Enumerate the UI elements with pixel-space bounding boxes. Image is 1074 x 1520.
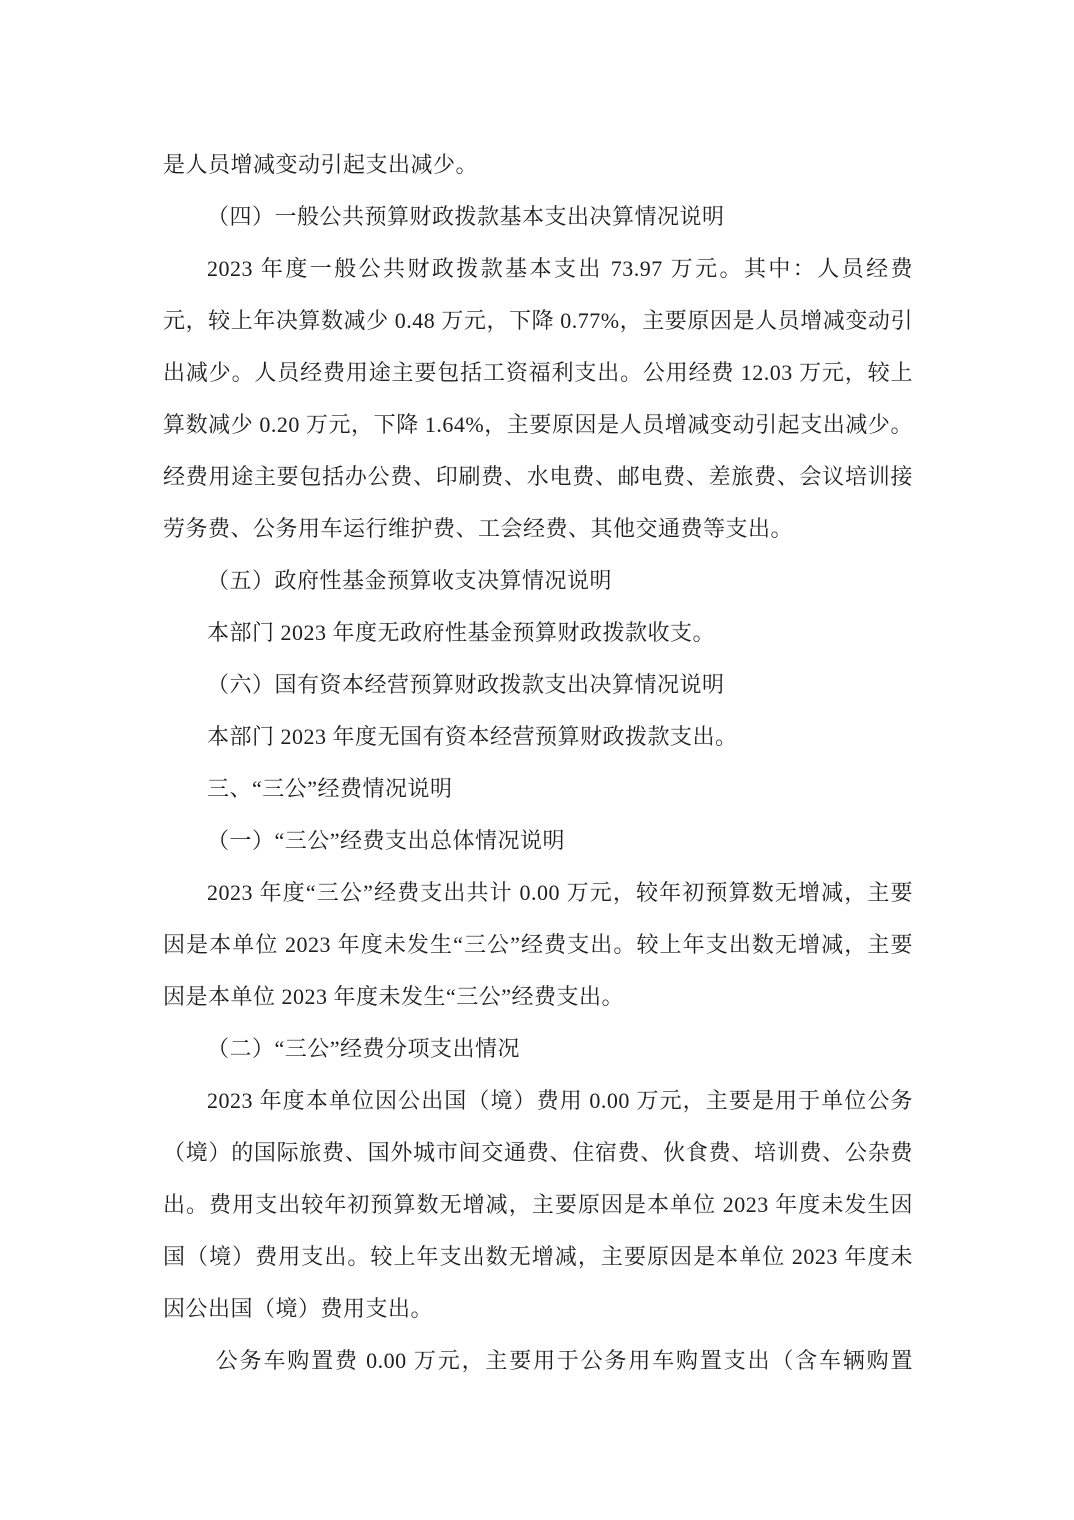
- text-line: 元，较上年决算数减少 0.48 万元，下降 0.77%，主要原因是人员增减变动引…: [163, 295, 913, 347]
- text-line: 算数减少 0.20 万元，下降 1.64%，主要原因是人员增减变动引起支出减少。…: [163, 399, 913, 451]
- text-line: 2023 年度“三公”经费支出共计 0.00 万元，较年初预算数无增减，主要原: [163, 867, 913, 919]
- text-line: （境）的国际旅费、国外城市间交通费、住宿费、伙食费、培训费、公杂费等支: [163, 1127, 913, 1179]
- text-line: 因公出国（境）费用支出。: [163, 1283, 913, 1335]
- text-line: 劳务费、公务用车运行维护费、工会经费、其他交通费等支出。: [163, 503, 913, 555]
- text-line: （一）“三公”经费支出总体情况说明: [163, 815, 913, 867]
- text-line: 国（境）费用支出。较上年支出数无增减，主要原因是本单位 2023 年度未发生: [163, 1231, 913, 1283]
- text-line: 2023 年度本单位因公出国（境）费用 0.00 万元，主要是用于单位公务出国: [163, 1075, 913, 1127]
- text-line: 本部门 2023 年度无国有资本经营预算财政拨款支出。: [163, 711, 913, 763]
- document-page: 是人员增减变动引起支出减少。（四）一般公共预算财政拨款基本支出决算情况说明202…: [0, 0, 1074, 1520]
- text-line: 2023 年度一般公共财政拨款基本支出 73.97 万元。其中：人员经费 61.…: [163, 243, 913, 295]
- text-line: 因是本单位 2023 年度未发生“三公”经费支出。较上年支出数无增减，主要原: [163, 919, 913, 971]
- text-line: 因是本单位 2023 年度未发生“三公”经费支出。: [163, 971, 913, 1023]
- text-line: （六）国有资本经营预算财政拨款支出决算情况说明: [163, 659, 913, 711]
- text-line: 三、“三公”经费情况说明: [163, 763, 913, 815]
- text-line: （二）“三公”经费分项支出情况: [163, 1023, 913, 1075]
- text-line: 本部门 2023 年度无政府性基金预算财政拨款收支。: [163, 607, 913, 659]
- text-line: 是人员增减变动引起支出减少。: [163, 139, 913, 191]
- text-line: （五）政府性基金预算收支决算情况说明: [163, 555, 913, 607]
- text-line: 经费用途主要包括办公费、印刷费、水电费、邮电费、差旅费、会议培训接待费、: [163, 451, 913, 503]
- text-line: 出。费用支出较年初预算数无增减，主要原因是本单位 2023 年度未发生因公出: [163, 1179, 913, 1231]
- document-body: 是人员增减变动引起支出减少。（四）一般公共预算财政拨款基本支出决算情况说明202…: [163, 139, 913, 1387]
- text-line: 公务车购置费 0.00 万元，主要用于公务用车购置支出（含车辆购置税、牌: [163, 1335, 913, 1387]
- text-line: 出减少。人员经费用途主要包括工资福利支出。公用经费 12.03 万元，较上年决: [163, 347, 913, 399]
- text-line: （四）一般公共预算财政拨款基本支出决算情况说明: [163, 191, 913, 243]
